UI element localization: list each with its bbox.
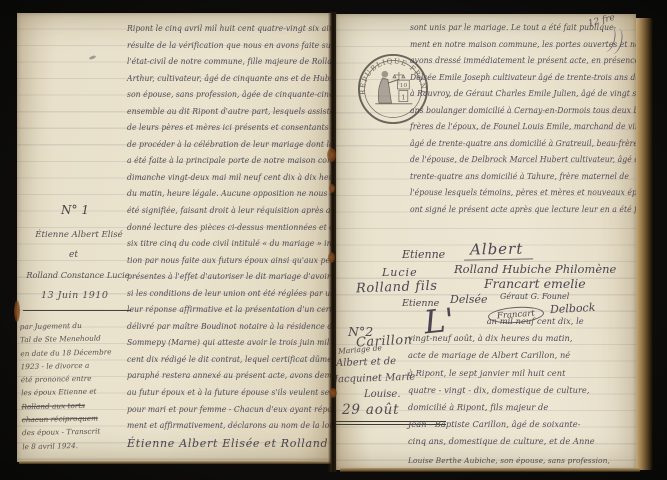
handwritten-line: dimanche vingt-deux mai mil neuf cent di… xyxy=(127,170,325,187)
handwritten-line: l'état-civil de notre commune, fille maj… xyxy=(127,54,325,71)
scanned-register-spread: { "left_page": { "margin": { "act_number… xyxy=(0,0,667,480)
act1-conclusion-text: sont unis par le mariage. Le tout a été … xyxy=(410,20,631,219)
handwritten-line: vingt-neuf août, à dix heures du matin, xyxy=(408,331,631,348)
handwritten-line: avons dressé immédiatement le présent ac… xyxy=(410,53,631,70)
handwritten-line: Jean - Baptiste Carillon, âgé de soixant… xyxy=(408,417,631,434)
handwritten-line: Étienne Albert Elisée et Rolland Constan… xyxy=(127,435,325,452)
page-bottom-edge xyxy=(19,461,331,464)
handwritten-line: Arthur, cultivateur, âgé de cinquante an… xyxy=(127,71,325,88)
handwritten-line: six titre cinq du code civil intitulé « … xyxy=(127,236,325,253)
handwritten-line: domicilié à Ripont, fils majeur de xyxy=(408,400,631,417)
handwritten-line: l'épouse lesquels témoins, pères et mère… xyxy=(410,185,631,202)
handwritten-line: acte de mariage de Albert Carillon, né xyxy=(408,348,631,365)
handwritten-line: donné lecture des pièces ci-dessus menti… xyxy=(127,220,325,237)
margin-annotation: Albert et de xyxy=(336,356,396,369)
wax-stain xyxy=(329,388,337,398)
handwritten-line: à Ripont, le sept janvier mil huit cent xyxy=(408,366,631,383)
handwritten-line: sont unis par le mariage. Le tout a été … xyxy=(410,20,631,37)
act1-body-text: Ripont le cinq avril mil huit cent quatr… xyxy=(127,21,325,451)
handwritten-line: ment et affirmativement, déclarons au no… xyxy=(127,418,325,435)
signature: Lucie xyxy=(382,266,418,279)
stamp-series: 1 xyxy=(401,93,405,101)
handwritten-line: Sommepy (Marne) qui atteste avoir le tro… xyxy=(127,335,325,352)
handwritten-line: été signifiée, faisant droit à leur réqu… xyxy=(127,203,325,220)
book-gutter xyxy=(328,12,337,472)
act-number: N° 1 xyxy=(61,203,89,217)
handwritten-line: de procéder à la célébration de leur mar… xyxy=(127,137,325,154)
margin-act-date: 13 Juin 1910 xyxy=(41,290,108,301)
wax-stain xyxy=(327,148,336,162)
signature: Etienne xyxy=(402,248,445,261)
handwritten-line: Delsée Emile Joseph cultivateur âgé de t… xyxy=(410,70,631,87)
signature: Géraut G. Founel xyxy=(500,292,569,301)
handwritten-line: du matin, heure légale. Aucune oppositio… xyxy=(127,186,325,203)
stamp-value: 10 xyxy=(400,83,408,89)
page-edge-stain xyxy=(14,300,20,322)
handwritten-line: trente-quatre ans domicilié à Tahure, fr… xyxy=(410,169,631,186)
handwritten-line: si les conditions de leur union ont été … xyxy=(127,286,325,303)
margin-annotation: 29 août xyxy=(342,402,399,418)
handwritten-line: frères de l'époux, de Founel Louis Emile… xyxy=(410,119,631,136)
handwritten-line: cinq ans, domestique de culture, et de A… xyxy=(408,434,631,451)
margin-annotation: Louise. xyxy=(364,389,401,400)
handwritten-line: résulte de la vérification que nous en a… xyxy=(127,38,325,55)
handwritten-line: a été faite à la principale porte de not… xyxy=(127,153,325,170)
handwritten-line: an mil neuf cent dix, le xyxy=(408,314,631,331)
margin-annotation: Jacquinet Marie xyxy=(336,372,415,386)
handwritten-line: paraphé restera annexé au présent acte, … xyxy=(127,368,325,385)
margin-groom-name: Étienne Albert Elisé xyxy=(23,230,135,240)
handwritten-line: tion par nous faite aux futurs époux ain… xyxy=(127,253,325,270)
act2-body-text: an mil neuf cent dix, levingt-neuf août,… xyxy=(408,314,631,469)
handwritten-line: quatre - vingt - dix, domestique de cult… xyxy=(408,383,631,400)
handwritten-line: son épouse, sans profession, âgée de cin… xyxy=(127,87,325,104)
handwritten-line: leur réponse affirmative et la présentat… xyxy=(127,302,325,319)
signature: Albert xyxy=(464,239,534,260)
signature: Rolland fils xyxy=(356,279,438,297)
handwritten-line: âgé de trente-quatre ans domicilié à Gra… xyxy=(410,136,631,153)
signature: Rolland Hubiche Philomène xyxy=(454,262,616,276)
page-bottom-edge xyxy=(340,468,640,472)
handwritten-line: présentes à l'effet d'autoriser le dit m… xyxy=(127,269,325,286)
page-edges xyxy=(636,18,653,470)
signature: Francart emelie xyxy=(484,276,586,291)
margin-separator-rule xyxy=(23,310,131,311)
handwritten-line: de leurs pères et mères ici présents et … xyxy=(127,120,325,137)
margin-annotation: Carillon xyxy=(356,333,413,351)
margin-bride-name: Rolland Constance Lucie xyxy=(19,270,137,280)
annotation-line: le 8 avril 1924. xyxy=(22,437,138,453)
handwritten-line: pour mari et pour femme - Chacun d'eux a… xyxy=(127,402,325,419)
handwritten-line: de l'épouse, de Delbrock Marcel Hubert c… xyxy=(410,152,631,169)
handwritten-line: délivré par maître Boudinot notaire à la… xyxy=(127,319,325,336)
handwritten-line: à Rouvroy, de Géraut Charles Emile Julie… xyxy=(410,86,631,103)
ink-smudge xyxy=(89,55,97,60)
handwritten-line: Louise Berthe Aubiche, son épouse, sans … xyxy=(408,452,631,469)
handwritten-line: ensemble au dit Ripont d'autre part, les… xyxy=(127,104,325,121)
handwritten-line: ment en notre maison commune, les portes… xyxy=(410,37,631,54)
handwritten-line: au futur époux et à la future épouse s'i… xyxy=(127,385,325,402)
wax-stain xyxy=(329,184,335,193)
handwritten-line: cent dix rédigé le dit contrat, lequel c… xyxy=(127,352,325,369)
handwritten-line: ans boulanger domicilié à Cernay-en-Dorm… xyxy=(410,103,631,120)
left-register-page: N° 1 Étienne Albert Elisé et Rolland Con… xyxy=(17,13,333,462)
handwritten-line: ont signé le présent acte après que lect… xyxy=(410,202,631,219)
signature: Delsée xyxy=(450,293,488,306)
wax-stain xyxy=(328,252,335,263)
divorce-marginal-annotation: par Jugement duTal de Ste Menehoulden da… xyxy=(20,318,139,453)
handwritten-line: Ripont le cinq avril mil huit cent quatr… xyxy=(127,21,325,38)
right-register-page: 12 fre RÉPUBLIQUE FRANÇAISE 10 1 sont un… xyxy=(336,14,636,470)
margin-conjunction: et xyxy=(69,250,78,260)
